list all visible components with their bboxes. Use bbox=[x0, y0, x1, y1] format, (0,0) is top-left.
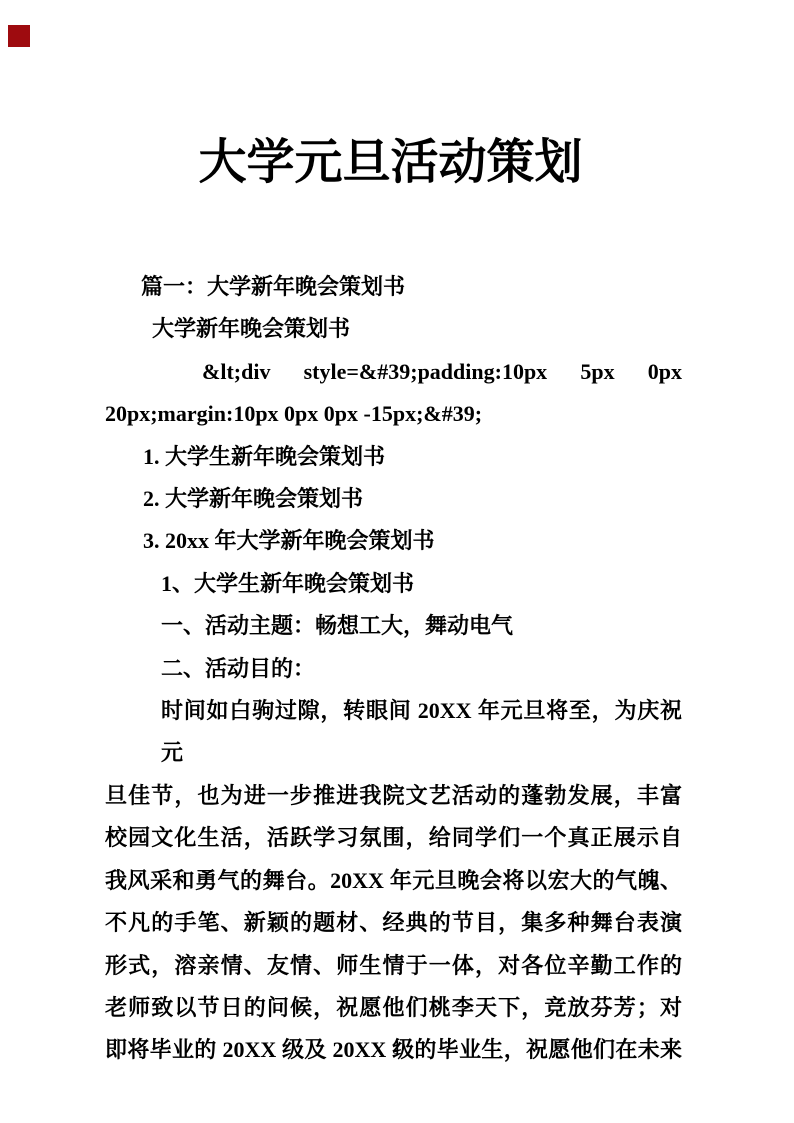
body-line: 校园文化生活，活跃学习氛围，给同学们一个真正展示自 bbox=[105, 817, 682, 859]
body-line: 1. 大学生新年晚会策划书 bbox=[105, 436, 682, 478]
body-line: 不凡的手笔、新颖的题材、经典的节目，集多种舞台表演 bbox=[105, 902, 682, 944]
body-line: 1、大学生新年晚会策划书 bbox=[105, 563, 682, 605]
body-line: 形式，溶亲情、友情、师生情于一体，对各位辛勤工作的 bbox=[105, 945, 682, 987]
body-line: 2. 大学新年晚会策划书 bbox=[105, 478, 682, 520]
page-title: 大学元旦活动策划 bbox=[0, 0, 794, 196]
body-line: 我风采和勇气的舞台。20XX 年元旦晚会将以宏大的气魄、 bbox=[105, 860, 682, 902]
body-line: 老师致以节日的问候，祝愿他们桃李天下，竞放芬芳；对 bbox=[105, 987, 682, 1029]
document-body: 篇一：大学新年晚会策划书 大学新年晚会策划书 &lt;div style=&#3… bbox=[0, 266, 794, 1072]
body-line: 篇一：大学新年晚会策划书 bbox=[105, 266, 682, 308]
body-line: 一、活动主题：畅想工大，舞动电气 bbox=[105, 605, 682, 647]
body-line: 3. 20xx 年大学新年晚会策划书 bbox=[105, 520, 682, 562]
document-page: 大学元旦活动策划 篇一：大学新年晚会策划书 大学新年晚会策划书 &lt;div … bbox=[0, 0, 794, 1123]
body-line: 20px;margin:10px 0px 0px -15px;&#39; bbox=[105, 393, 682, 435]
body-line: 二、活动目的： bbox=[105, 648, 682, 690]
body-line: 时间如白驹过隙，转眼间 20XX 年元旦将至，为庆祝元 bbox=[105, 690, 682, 775]
red-square-marker bbox=[8, 25, 30, 47]
body-line: 旦佳节，也为进一步推进我院文艺活动的蓬勃发展，丰富 bbox=[105, 775, 682, 817]
body-line: &lt;div style=&#39;padding:10px 5px 0px bbox=[105, 351, 682, 393]
body-line: 大学新年晚会策划书 bbox=[105, 308, 682, 350]
page-number: 1 bbox=[0, 1034, 794, 1062]
